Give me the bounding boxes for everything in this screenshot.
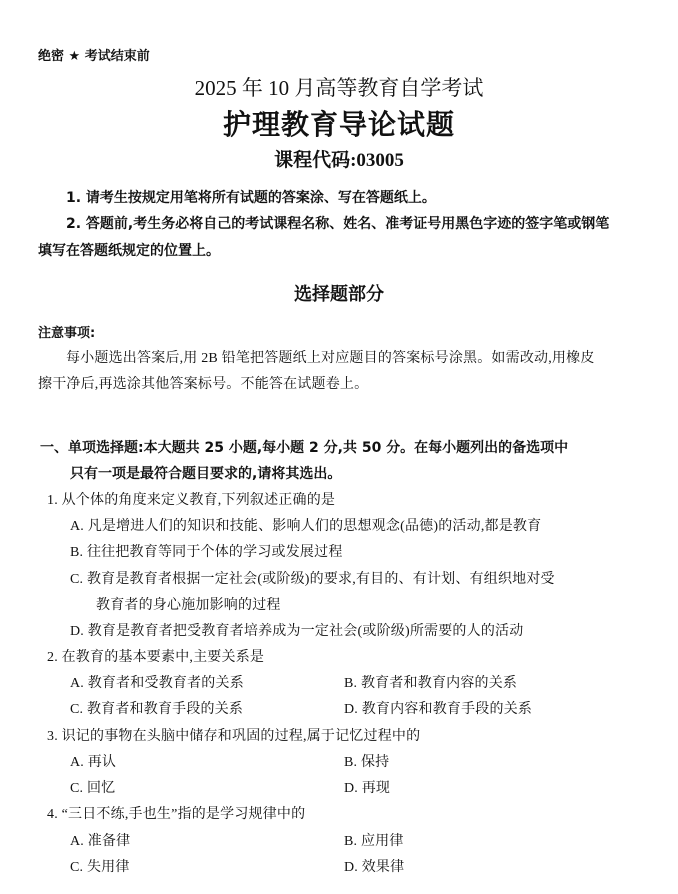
instruction-1: 1. 请考生按规定用笔将所有试题的答案涂、写在答题纸上。: [66, 187, 436, 207]
question-3-stem: 3. 识记的事物在头脑中储存和巩固的过程,属于记忆过程中的: [47, 725, 420, 745]
question-3-option-c: C. 回忆: [70, 777, 115, 797]
part-one-heading-cont: 只有一项是最符合题目要求的,请将其选出。: [70, 463, 341, 483]
question-4-option-c: C. 失用律: [70, 856, 130, 876]
course-code: 课程代码:03005: [0, 145, 678, 172]
exam-title: 2025 年 10 月高等教育自学考试: [0, 72, 678, 102]
notes-line-1: 每小题选出答案后,用 2B 铅笔把答题纸上对应题目的答案标号涂黑。如需改动,用橡…: [66, 347, 595, 367]
question-2-option-d: D. 教育内容和教育手段的关系: [344, 698, 532, 718]
question-1-option-b: B. 往往把教育等同于个体的学习或发展过程: [70, 541, 343, 561]
question-2-stem: 2. 在教育的基本要素中,主要关系是: [47, 646, 264, 666]
question-4-option-b: B. 应用律: [344, 830, 404, 850]
notes-line-2: 擦干净后,再选涂其他答案标号。不能答在试题卷上。: [38, 373, 368, 393]
question-2-option-b: B. 教育者和教育内容的关系: [344, 672, 517, 692]
question-1-stem: 1. 从个体的角度来定义教育,下列叙述正确的是: [47, 489, 335, 509]
question-4-option-d: D. 效果律: [344, 856, 404, 876]
question-1-option-a: A. 凡是增进人们的知识和技能、影响人们的思想观念(品德)的活动,都是教育: [70, 515, 541, 535]
question-2-option-a: A. 教育者和受教育者的关系: [70, 672, 244, 692]
question-2-option-c: C. 教育者和教育手段的关系: [70, 698, 243, 718]
section-title: 选择题部分: [0, 280, 678, 306]
question-4-stem: 4. “三日不练,手也生”指的是学习规律中的: [47, 803, 305, 823]
part-one-heading: 一、单项选择题:本大题共 25 小题,每小题 2 分,共 50 分。在每小题列出…: [40, 437, 568, 457]
question-1-option-c-cont: 教育者的身心施加影响的过程: [96, 594, 281, 614]
instruction-2: 2. 答题前,考生务必将自己的考试课程名称、姓名、准考证号用黑色字迹的签字笔或钢…: [66, 213, 609, 233]
question-3-option-d: D. 再现: [344, 777, 390, 797]
question-4-option-a: A. 准备律: [70, 830, 130, 850]
confidential-label: 绝密 ★ 考试结束前: [38, 45, 150, 64]
notes-label: 注意事项:: [38, 322, 95, 341]
subject-title: 护理教育导论试题: [0, 103, 678, 143]
instruction-2-cont: 填写在答题纸规定的位置上。: [38, 240, 220, 260]
question-1-option-c: C. 教育是教育者根据一定社会(或阶级)的要求,有目的、有计划、有组织地对受: [70, 568, 555, 588]
question-3-option-b: B. 保持: [344, 751, 389, 771]
question-3-option-a: A. 再认: [70, 751, 116, 771]
question-1-option-d: D. 教育是教育者把受教育者培养成为一定社会(或阶级)所需要的人的活动: [70, 620, 523, 640]
